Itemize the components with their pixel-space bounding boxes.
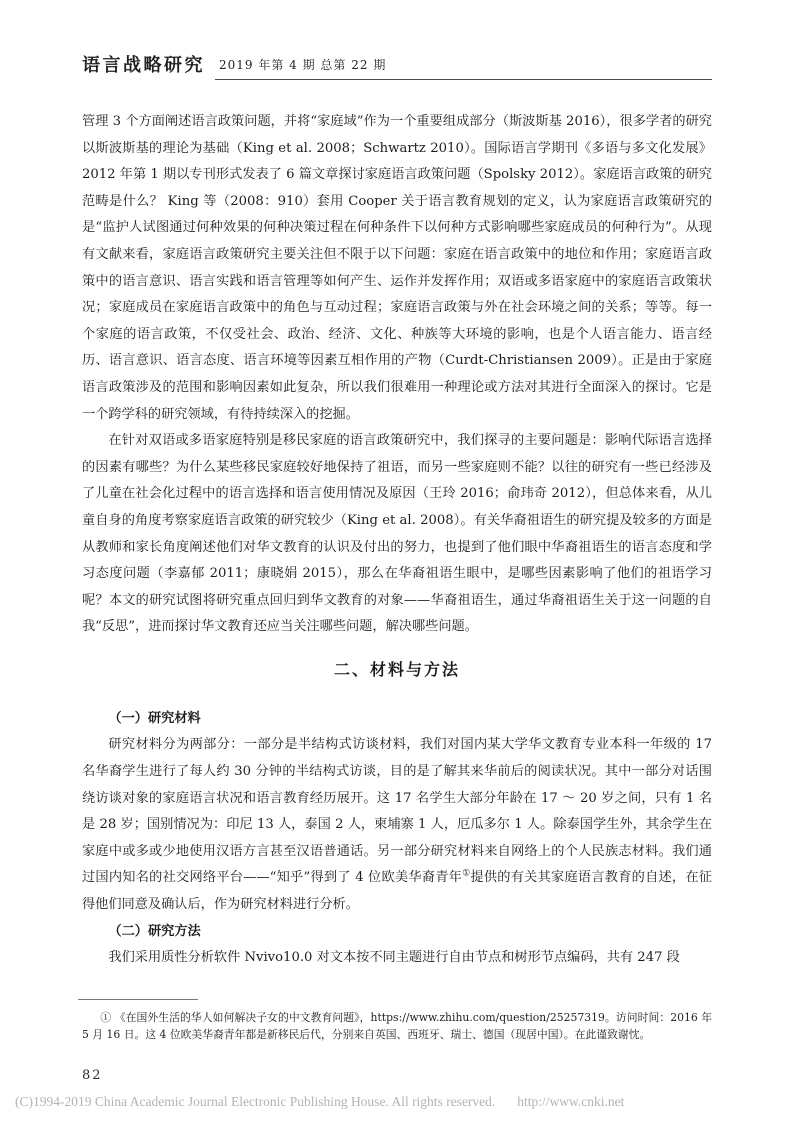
article-body: 管理 3 个方面阐述语言政策问题，并将“家庭域”作为一个重要组成部分（斯波斯基 … <box>82 109 712 972</box>
subsection-heading-methods: （二）研究方法 <box>82 919 712 946</box>
subsection-heading-materials: （一）研究材料 <box>82 706 712 733</box>
journal-title: 语言战略研究 <box>82 57 205 80</box>
footnote-separator <box>78 999 198 1000</box>
paragraph: 在针对双语或多语家庭特别是移民家庭的语言政策研究中，我们探寻的主要问题是：影响代… <box>82 428 712 641</box>
section-heading: 二、材料与方法 <box>82 657 712 680</box>
cnki-copyright-footer: (C)1994-2019 China Academic Journal Elec… <box>15 1094 624 1110</box>
paragraph-materials: 研究材料分为两部分：一部分是半结构式访谈材料，我们对国内某大学华文教育专业本科一… <box>82 732 712 918</box>
journal-page: 语言战略研究 2019 年第 4 期 总第 22 期 管理 3 个方面阐述语言政… <box>0 0 794 1123</box>
journal-header: 语言战略研究 2019 年第 4 期 总第 22 期 <box>82 0 712 80</box>
header-rule: 2019 年第 4 期 总第 22 期 <box>215 54 712 80</box>
page-number: 82 <box>82 1068 712 1083</box>
footnote: ① 《在国外生活的华人如何解决子女的中文教育问题》，https://www.zh… <box>82 1009 712 1044</box>
issue-info: 2019 年第 4 期 总第 22 期 <box>215 58 386 72</box>
footnote-text: 《在国外生活的华人如何解决子女的中文教育问题》，https://www.zhih… <box>82 1011 712 1042</box>
copyright-text: (C)1994-2019 China Academic Journal Elec… <box>15 1094 495 1109</box>
cnki-url: http://www.cnki.net <box>517 1094 624 1109</box>
paragraph-text: 研究材料分为两部分：一部分是半结构式访谈材料，我们对国内某大学华文教育专业本科一… <box>82 737 712 885</box>
paragraph-continued: 管理 3 个方面阐述语言政策问题，并将“家庭域”作为一个重要组成部分（斯波斯基 … <box>82 109 712 428</box>
paragraph-methods: 我们采用质性分析软件 Nvivo10.0 对文本按不同主题进行自由节点和树形节点… <box>82 945 712 972</box>
footnote-mark: ① <box>100 1011 111 1024</box>
